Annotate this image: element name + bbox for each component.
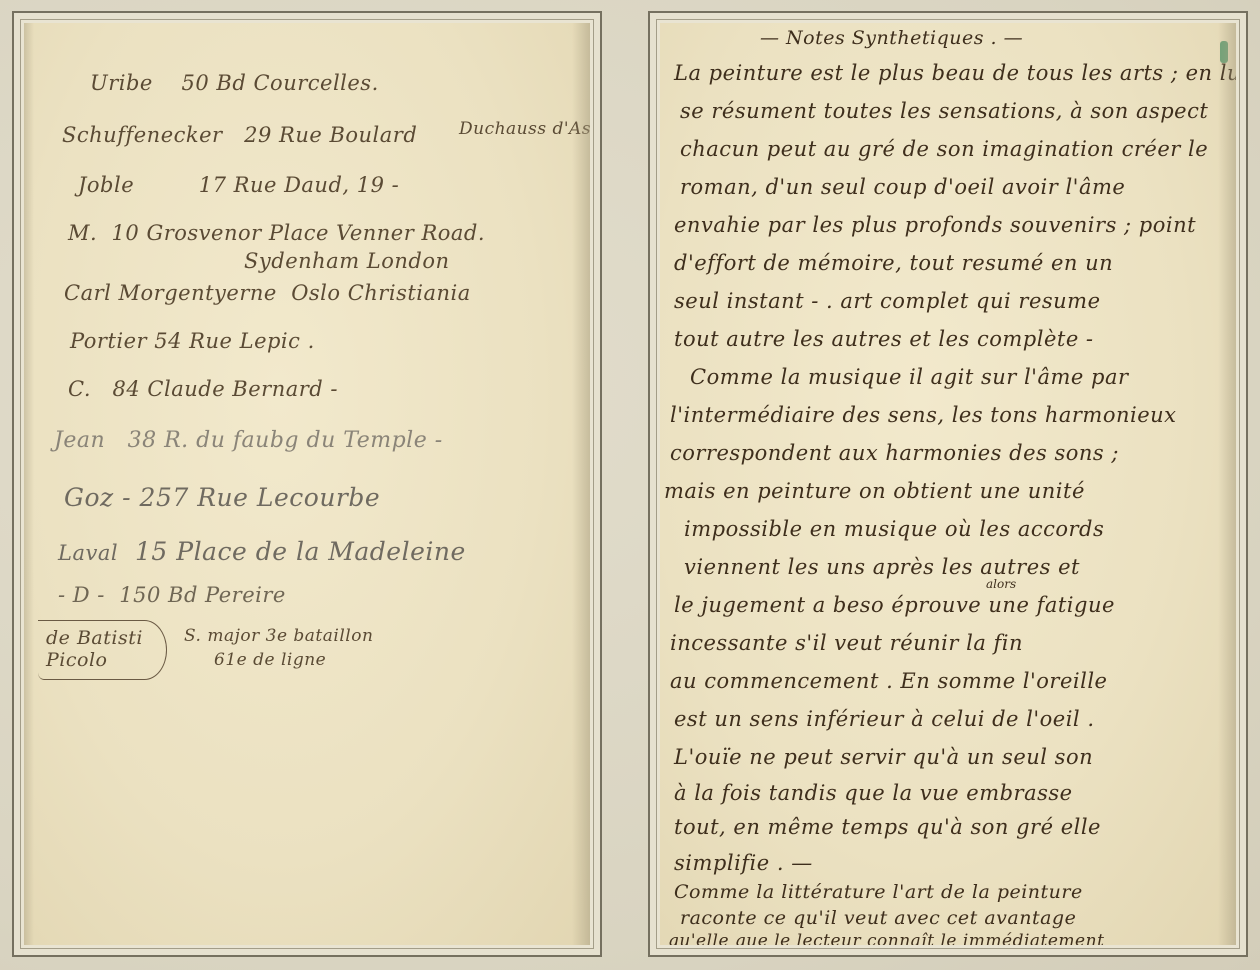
entry-name: Laval [58,541,118,565]
text-line: correspondent aux harmonies des sons ; [670,441,1119,465]
text-line: l'intermédiaire des sens, les tons harmo… [670,403,1177,427]
entry-address: 17 Rue Daud, 19 - [199,173,400,197]
text-line: est un sens inférieur à celui de l'oeil … [674,707,1095,731]
text-line: qu'elle que le lecteur connaît le immédi… [668,931,1104,945]
address-entry: Portier 54 Rue Lepic . [70,329,315,353]
text-line: au commencement . En somme l'oreille [670,669,1107,693]
text-line: tout, en même temps qu'à son gré elle [674,815,1101,839]
text-line: Comme la littérature l'art de la peintur… [674,881,1083,903]
entry-address: 10 Grosvenor Place Venner Road. [112,221,485,245]
text-line: mais en peinture on obtient une unité [664,479,1085,503]
text-line: à la fois tandis que la vue embrasse [674,781,1073,805]
address-entry: Schuffenecker 29 Rue Boulard [62,123,417,147]
text-line: Comme la musique il agit sur l'âme par [690,365,1129,389]
address-entry: Joble 17 Rue Daud, 19 - [78,173,399,197]
entry-name: C. [68,377,91,401]
page-title: — Notes Synthetiques . — [760,27,1023,49]
entry-name: M. [68,221,97,245]
text-line: viennent les uns après les autres et [684,555,1080,579]
entry-address: 54 Rue Lepic . [154,329,314,353]
address-entry: Jean 38 R. du faubg du Temple - [54,428,443,453]
text-line: simplifie . — [674,851,813,875]
text-line: incessante s'il veut réunir la fin [670,631,1023,655]
entry-name: Joble [78,173,134,197]
entry-name: - D - [58,583,105,607]
right-sheet-paper: — Notes Synthetiques . — La peinture est… [660,23,1236,945]
inserted-word: alors [986,577,1016,591]
address-entry: Laval 15 Place de la Madeleine [58,537,466,566]
address-entry: Carl Morgentyerne Oslo Christiania [64,281,471,305]
entry-address: S. major 3e bataillon [184,626,373,646]
entry-address: 84 Claude Bernard - [113,377,338,401]
address-entry: - D - 150 Bd Pereire [58,583,286,607]
address-entry: Uribe 50 Bd Courcelles. [90,71,379,95]
entry-name: de Batisti Picolo [46,627,156,671]
entry-address: Oslo Christiania [291,281,471,305]
left-sheet-paper: Uribe 50 Bd Courcelles. Schuffenecker 29… [24,23,590,945]
text-line: le jugement a beso éprouve une fatigue [674,593,1115,617]
right-sheet-frame: — Notes Synthetiques . — La peinture est… [648,11,1248,957]
text-line: tout autre les autres et les complète - [674,327,1094,351]
entry-address-line2: 61e de ligne [214,650,326,670]
entry-note: Duchauss d'Asile [459,119,590,139]
entry-address: 257 Rue Lecourbe [140,483,381,512]
entry-name: Goz - [64,483,131,512]
entry-address: 29 Rue Boulard [244,123,417,147]
text-line: seul instant - . art complet qui resume [674,289,1101,313]
address-entry: M. 10 Grosvenor Place Venner Road. [68,221,485,245]
text-line: se résument toutes les sensations, à son… [680,99,1208,123]
entry-name: Portier [70,329,147,353]
text-line: chacun peut au gré de son imagination cr… [680,137,1208,161]
entry-address: 150 Bd Pereire [119,583,286,607]
collection-stamp [1220,41,1228,63]
entry-address-line2: Sydenham London [244,249,450,273]
address-entry: C. 84 Claude Bernard - [68,377,338,401]
text-line: d'effort de mémoire, tout resumé en un [674,251,1113,275]
text-line: raconte ce qu'il veut avec cet avantage [680,907,1076,929]
text-line: roman, d'un seul coup d'oeil avoir l'âme [680,175,1125,199]
entry-address: 50 Bd Courcelles. [182,71,379,95]
entry-address: 38 R. du faubg du Temple - [128,428,443,453]
left-sheet-frame: Uribe 50 Bd Courcelles. Schuffenecker 29… [12,11,602,957]
entry-name: Uribe [90,71,153,95]
entry-name: Schuffenecker [62,123,223,147]
text-line: La peinture est le plus beau de tous les… [674,61,1236,85]
entry-name: Jean [54,428,105,453]
text-line: envahie par les plus profonds souvenirs … [674,213,1196,237]
entry-address: 15 Place de la Madeleine [135,537,466,566]
address-entry: Goz - 257 Rue Lecourbe [64,483,380,512]
text-line: L'ouïe ne peut servir qu'à un seul son [674,745,1093,769]
entry-name: Carl Morgentyerne [64,281,277,305]
text-line: impossible en musique où les accords [684,517,1104,541]
